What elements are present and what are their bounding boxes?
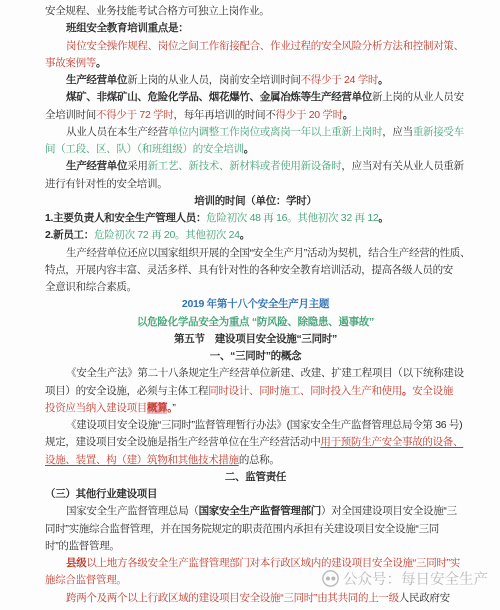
text-line: 2019 年第十八个安全生产月主题 xyxy=(45,296,466,313)
text-line: 安全规程、业务技能考试合格方可独立上岗作业。 xyxy=(45,3,466,20)
text-line: 1.主要负责人和安全生产管理人员：危险初次 48 再 16。其他初次 32 再 … xyxy=(45,210,466,227)
text-segment: 安全规程、业务技能考试合格方可独立上岗作业。 xyxy=(45,5,269,17)
text-segment: 。 xyxy=(96,57,106,69)
text-line: 《建设项目安全设施“三同时”监督管理暂行办法》(国家安全生产监督管理总局令第 3… xyxy=(45,417,466,434)
text-segment: 设施、装置、构（建）筑物和其他技术措施 xyxy=(45,454,239,466)
text-segment: 从业人员在本生产经营 xyxy=(66,126,168,138)
text-line: 施综合监督管理。 xyxy=(45,572,466,589)
text-segment: 危险初次 48 再 16。其他初次 32 再 12 xyxy=(206,212,378,224)
text-line: 投资应当纳入建设项目概算。” xyxy=(45,400,466,417)
text-segment: 特点，开展内容丰富、灵活多样、具有针对性的各种安全教育培训活动，提高各级人员的安 xyxy=(45,264,453,276)
text-line: 全意识和综合素质。 xyxy=(45,279,466,296)
text-segment: 。 xyxy=(240,229,250,241)
text-line: 县级以上地方各级安全生产监督管理部门对本行政区域内的建设项目安全设施“三同时”实 xyxy=(45,555,466,572)
text-line: 设施、装置、构（建）筑物和其他技术措施的总称。 xyxy=(45,452,466,469)
text-line: 事故案例等。 xyxy=(45,55,466,72)
text-segment: 用于预防生产安全事故的设备、 xyxy=(320,436,463,448)
text-segment: 新上岗的从业人员，岗前安全培训时间 xyxy=(127,74,300,86)
text-segment: 2.新员工： xyxy=(45,229,94,241)
text-line: 班组安全教育培训重点是： xyxy=(45,20,466,37)
text-segment: 时”的监督管理。 xyxy=(45,540,120,552)
text-segment: 人民政府安 xyxy=(399,592,450,604)
text-segment: 新工艺、新技术、新材料或者使用新设备时 xyxy=(148,160,342,172)
text-line: 煤矿、非煤矿山、危险化学品、烟花爆竹、金属冶炼等生产经营单位新上岗的从业人员安 xyxy=(45,89,466,106)
text-segment: 跨两个及两个以上行政区域的建设项目安全设施“三同时”由其共同的上一级 xyxy=(66,592,399,604)
text-segment: 。 xyxy=(244,143,254,155)
text-segment: 生产经营单位 xyxy=(66,160,127,172)
text-segment: 全意识和综合素质。 xyxy=(45,281,137,293)
text-segment: 班组安全教育培训重点是： xyxy=(66,22,188,34)
text-line: 《安全生产法》第二十八条规定生产经营单位新建、改建、扩建工程项目（以下统称建设 xyxy=(45,365,466,382)
text-segment: 《安全生产法》第二十八条规定生产经营单位新建、改建、扩建工程项目（以下统称建设 xyxy=(66,367,464,379)
text-segment: 煤矿、非煤矿山、危险化学品、烟花爆竹、金属冶炼等生产经营单位 xyxy=(66,91,372,103)
text-segment: 不得少于 72 学时 xyxy=(96,109,174,121)
text-line: 第五节 建设项目安全设施“三同时” xyxy=(45,331,466,348)
text-segment: 。 xyxy=(378,74,388,86)
text-segment: 第五节 建设项目安全设施“三同时” xyxy=(174,333,337,345)
text-segment: （三）其他行业建设项目 xyxy=(45,488,157,500)
text-segment: 国家安全生产监督管理总局（ xyxy=(66,505,199,517)
text-line: （三）其他行业建设项目 xyxy=(45,486,466,503)
text-line: 规定，建设项目安全设施是指生产经营单位在生产经营活动中用于预防生产安全事故的设备… xyxy=(45,434,466,451)
text-segment: 不得少于 24 学时 xyxy=(301,74,379,86)
text-line: 同时”实施综合监督管理，并在国务院规定的职责范围内承担有关建设项目安全设施“三同 xyxy=(45,521,466,538)
text-segment: 二、监管责任 xyxy=(225,471,286,483)
text-line: 间（工段、区、队）（和班组级）的安全培训。 xyxy=(45,141,466,158)
text-segment: 生产经营单位 xyxy=(66,74,127,86)
text-line: 从业人员在本生产经营单位内调整工作岗位或离岗一年以上重新上岗时，应当重新接受车 xyxy=(45,124,466,141)
text-segment: 。 xyxy=(402,385,412,397)
text-segment: 的总称。 xyxy=(239,454,280,466)
text-segment: 国家安全生产监督管理部门 xyxy=(199,505,321,517)
text-segment: 县级 xyxy=(66,557,86,569)
text-segment: 间（工段、区、队）（和班组级）的安全培训 xyxy=(45,143,244,155)
text-line: 2.新员工：危险初次 72 再 20。其他初次 24。 xyxy=(45,227,466,244)
document-body: 安全规程、业务技能考试合格方可独立上岗作业。班组安全教育培训重点是：岗位安全操作… xyxy=(0,0,500,607)
text-segment: ，应当对有关从业人员重新 xyxy=(341,160,463,172)
text-segment: ）对全国建设项目安全设施“三 xyxy=(321,505,457,517)
text-line: 以危险化学品安全为重点 “防风险、除隐患、遏事故” xyxy=(45,314,466,331)
text-segment: 重新接受车 xyxy=(413,126,464,138)
text-segment: 《建设项目安全设施“三同时”监督管理暂行办法》(国家安全生产监督管理总局令第 3… xyxy=(66,419,462,431)
text-segment: 得少于 20 学时 xyxy=(276,109,343,121)
text-segment: 同时”实施综合监督管理，并在国务院规定的职责范围内承担有关建设项目安全设施“三同 xyxy=(45,523,439,535)
text-segment: 采用 xyxy=(127,160,147,172)
text-segment: 新上岗的从业人员安 xyxy=(372,91,464,103)
text-segment: 投资应当纳入建设项目 xyxy=(45,402,147,414)
text-segment: 生产经营单位还应以国家组织开展的全国“安全生产月”活动为契机，结合生产经营的性质… xyxy=(66,247,470,259)
text-segment: 以危险化学品安全为重点 “防风险、除隐患、遏事故” xyxy=(137,316,374,328)
text-line: 生产经营单位采用新工艺、新技术、新材料或者使用新设备时，应当对有关从业人员重新 xyxy=(45,158,466,175)
text-line: 项目）的安全设施，必须与主体工程同时设计、同时施工、同时投入生产和使用。安全设施 xyxy=(45,383,466,400)
text-line: 岗位安全操作规程、岗位之间工作衔接配合、作业过程的安全风险分析方法和控制对策、 xyxy=(45,38,466,55)
text-segment: 安全设施 xyxy=(412,385,453,397)
text-segment: 1.主要负责人和安全生产管理人员： xyxy=(45,212,206,224)
text-segment: ，应当 xyxy=(382,126,413,138)
text-segment: 施综合监督管理。 xyxy=(45,574,127,586)
text-line: 进行有针对性的安全培训。 xyxy=(45,176,466,193)
text-segment: 进行有针对性的安全培训。 xyxy=(45,178,167,190)
text-segment: ” xyxy=(172,402,175,414)
text-segment: 规定，建设项目安全设施是指生产经营单位在生产经营活动中 xyxy=(45,436,320,448)
text-segment: 一、“三同时”的概念 xyxy=(210,350,302,362)
text-segment: 项目）的安全设施，必须与主体工程 xyxy=(45,385,208,397)
text-line: 国家安全生产监督管理总局（国家安全生产监督管理部门）对全国建设项目安全设施“三 xyxy=(45,503,466,520)
text-line: 培训的时间（单位：学时） xyxy=(45,193,466,210)
text-segment: 2019 年第十八个安全生产月主题 xyxy=(182,298,329,310)
text-segment: 岗位安全操作规程、岗位之间工作衔接配合、作业过程的安全风险分析方法和控制对策、 xyxy=(66,40,464,52)
text-line: 时”的监督管理。 xyxy=(45,538,466,555)
text-line: 跨两个及两个以上行政区域的建设项目安全设施“三同时”由其共同的上一级人民政府安 xyxy=(45,590,466,607)
text-segment: 全培训时间 xyxy=(45,109,96,121)
text-segment: 同时设计、同时施工、同时投入生产和使用 xyxy=(208,385,402,397)
text-line: 特点，开展内容丰富、灵活多样、具有针对性的各种安全教育培训活动，提高各级人员的安 xyxy=(45,262,466,279)
text-line: 生产经营单位还应以国家组织开展的全国“安全生产月”活动为契机，结合生产经营的性质… xyxy=(45,245,466,262)
text-line: 二、监管责任 xyxy=(45,469,466,486)
text-segment: 危险初次 72 再 20。其他初次 24 xyxy=(94,229,240,241)
text-segment: ，每年再培训的时间不 xyxy=(174,109,276,121)
text-segment: 培训的时间（单位：学时） xyxy=(194,195,316,207)
text-line: 全培训时间不得少于 72 学时，每年再培训的时间不得少于 20 学时。 xyxy=(45,107,466,124)
text-segment: 单位内调整工作岗位或离岗一年以上重新上岗时 xyxy=(168,126,382,138)
text-segment: 。 xyxy=(343,109,353,121)
text-segment: 以上地方各级安全生产监督管理部门对本行政区域内的建设项目安全设施“三同时”实 xyxy=(86,557,460,569)
text-segment: 事故案例等 xyxy=(45,57,96,69)
text-segment: 。 xyxy=(378,212,388,224)
text-line: 一、“三同时”的概念 xyxy=(45,348,466,365)
text-line: 生产经营单位新上岗的从业人员，岗前安全培训时间不得少于 24 学时。 xyxy=(45,72,466,89)
text-segment: 概算 xyxy=(147,402,167,414)
